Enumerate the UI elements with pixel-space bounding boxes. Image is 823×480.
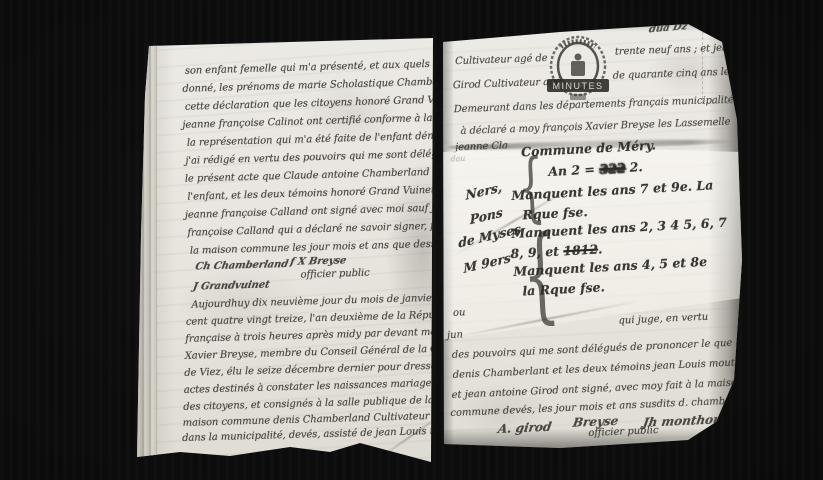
handwriting-line: j'ai rédigé en vertu des pouvoirs qui me… — [185, 148, 455, 167]
signature-chamberland: Ch Chamberland — [194, 259, 289, 273]
signature-monthoux: Jh monthoux — [642, 412, 730, 430]
handwriting-line: la maison commune les jour mois et ans q… — [190, 238, 448, 256]
handwriting-fragment: jun — [447, 329, 463, 341]
right-page-bottom-text: ou jun qui juge, en vertu des pouvoirs q… — [425, 5, 754, 454]
handwriting-line: l'enfant, et les deux témoins honoré Gra… — [187, 184, 448, 202]
right-register-page: dua Dz Cultivateur agé de trente neuf an… — [440, 18, 750, 454]
handwriting-fragment: qui juge, en vertu — [618, 312, 708, 327]
signature-title: officier public — [300, 268, 369, 281]
left-page-text-block: son enfant femelle qui m'a présenté, et … — [134, 29, 446, 467]
signature-grandvuinet: J Grandvuinet — [192, 279, 271, 292]
handwriting-line: de Viez, élu le seize décembre dernier p… — [184, 360, 458, 379]
signature-girod: A. girod — [497, 420, 553, 436]
left-register-page: son enfant femelle qui m'a présenté, et … — [135, 36, 435, 466]
handwriting-fragment: ou — [453, 307, 466, 319]
handwriting-line: jeanne françoise Calland ont signé avec … — [185, 202, 465, 221]
handwriting-line: la représentation qui m'a été faite de l… — [187, 130, 465, 149]
handwriting-line: le présent acte que Claude antoine Chamb… — [185, 166, 471, 185]
handwriting-line: des pouvoirs qui me sont délégués de pro… — [452, 337, 759, 361]
handwriting-line: des citoyens, et consignés à la salle pu… — [183, 395, 434, 413]
handwriting-line: son enfant femelle qui m'a présenté, et … — [185, 58, 448, 76]
handwriting-line: Xavier Breyse, membre du Conseil Général… — [185, 343, 481, 362]
handwriting-line: françoise Calland qui a déclaré ne savoi… — [187, 220, 455, 238]
handwriting-line: actes destinés à constater les naissance… — [184, 377, 481, 396]
handwriting-line: cent quatre vingt treize, l'an deuxième … — [186, 309, 466, 328]
handwriting-line: française à trois heures après midy par … — [185, 326, 467, 345]
handwriting-line: cette déclaration que les citoyens honor… — [185, 94, 473, 113]
handwriting-line: Aujourdhuy dix neuvième jour du mois de … — [191, 292, 479, 311]
archive-scan-background: { "colors": { "background": "#0a0a0a", "… — [0, 0, 823, 480]
handwriting-line: denis Chamberlant et les deux témoins je… — [453, 357, 760, 381]
handwriting-line: jeanne françoise Calinot ont certifié co… — [182, 111, 480, 130]
signature-breyse: f X Breyse — [289, 255, 347, 268]
handwriting-line: maison commune denis Chamberland Cultiva… — [183, 410, 479, 429]
